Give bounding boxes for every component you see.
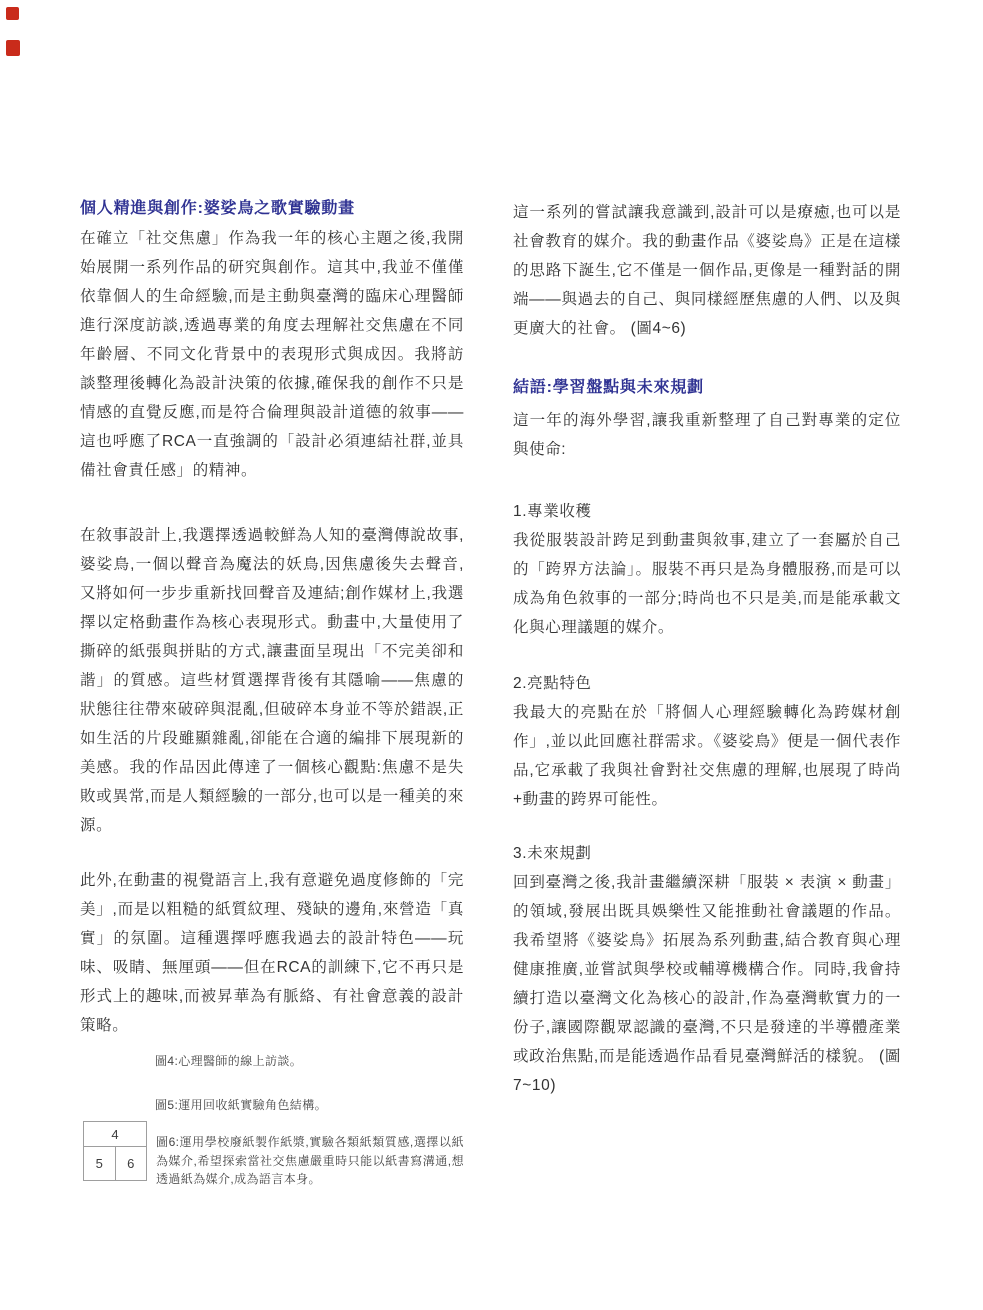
figure-grid-cell-5: 5 [84,1147,116,1180]
numbered-section-highlights: 2.亮點特色 我最大的亮點在於「將個人心理經驗轉化為跨媒材創作」,並以此回應社群… [513,669,901,814]
body-paragraph: 在確立「社交焦慮」作為我一年的核心主題之後,我開始展開一系列作品的研究與創作。這… [80,224,464,485]
figure-grid-cell-4: 4 [84,1122,146,1147]
numbered-section-title: 1.專業收穫 [513,497,901,526]
left-column: 個人精進與創作:婆娑鳥之歌實驗動畫 在確立「社交焦慮」作為我一年的核心主題之後,… [80,198,464,1189]
figure-grid-bottom-row: 5 6 [84,1147,146,1180]
numbered-section-future-plans: 3.未來規劃 回到臺灣之後,我計畫繼續深耕「服裝 × 表演 × 動畫」的領域,發… [513,839,901,1100]
body-paragraph: 回到臺灣之後,我計畫繼續深耕「服裝 × 表演 × 動畫」的領域,發展出既具娛樂性… [513,868,901,1100]
numbered-section-title: 2.亮點特色 [513,669,901,698]
document-page: 個人精進與創作:婆娑鳥之歌實驗動畫 在確立「社交焦慮」作為我一年的核心主題之後,… [0,0,983,1310]
section-heading-conclusion: 結語:學習盤點與未來規劃 [513,377,901,399]
body-paragraph: 此外,在動畫的視覺語言上,我有意避免過度修飾的「完美」,而是以粗糙的紙質紋理、殘… [80,866,464,1040]
red-annotation-mark [6,7,19,20]
numbered-section-title: 3.未來規劃 [513,839,901,868]
body-paragraph: 這一系列的嘗試讓我意識到,設計可以是療癒,也可以是社會教育的媒介。我的動畫作品《… [513,198,901,343]
numbered-section-professional-gains: 1.專業收穫 我從服裝設計跨足到動畫與敘事,建立了一套屬於自己的「跨界方法論」。… [513,497,901,642]
figure-grid-cell-6: 6 [116,1147,147,1180]
body-paragraph: 我最大的亮點在於「將個人心理經驗轉化為跨媒材創作」,並以此回應社群需求。《婆娑鳥… [513,698,901,814]
body-paragraph: 這一年的海外學習,讓我重新整理了自己對專業的定位與使命: [513,406,901,464]
right-column: 這一系列的嘗試讓我意識到,設計可以是療癒,也可以是社會教育的媒介。我的動畫作品《… [513,198,901,1100]
figure-caption-6: 圖6:運用學校廢紙製作紙漿,實驗各類紙類質感,選擇以紙為媒介,希望探索當社交焦慮… [156,1121,464,1189]
figure-caption-5: 圖5:運用回收紙實驗角色結構。 [155,1096,464,1115]
figure-caption-4: 圖4:心理醫師的線上訪談。 [155,1052,464,1071]
section-heading-personal-creation: 個人精進與創作:婆娑鳥之歌實驗動畫 [80,198,464,220]
body-paragraph: 在敘事設計上,我選擇透過較鮮為人知的臺灣傳說故事,婆娑鳥,一個以聲音為魔法的妖鳥… [80,521,464,840]
figure-caption-row: 4 5 6 圖6:運用學校廢紙製作紙漿,實驗各類紙類質感,選擇以紙為媒介,希望探… [80,1121,464,1189]
figure-layout-grid: 4 5 6 [83,1121,147,1181]
body-paragraph: 我從服裝設計跨足到動畫與敘事,建立了一套屬於自己的「跨界方法論」。服裝不再只是為… [513,526,901,642]
red-annotation-mark [6,40,20,56]
